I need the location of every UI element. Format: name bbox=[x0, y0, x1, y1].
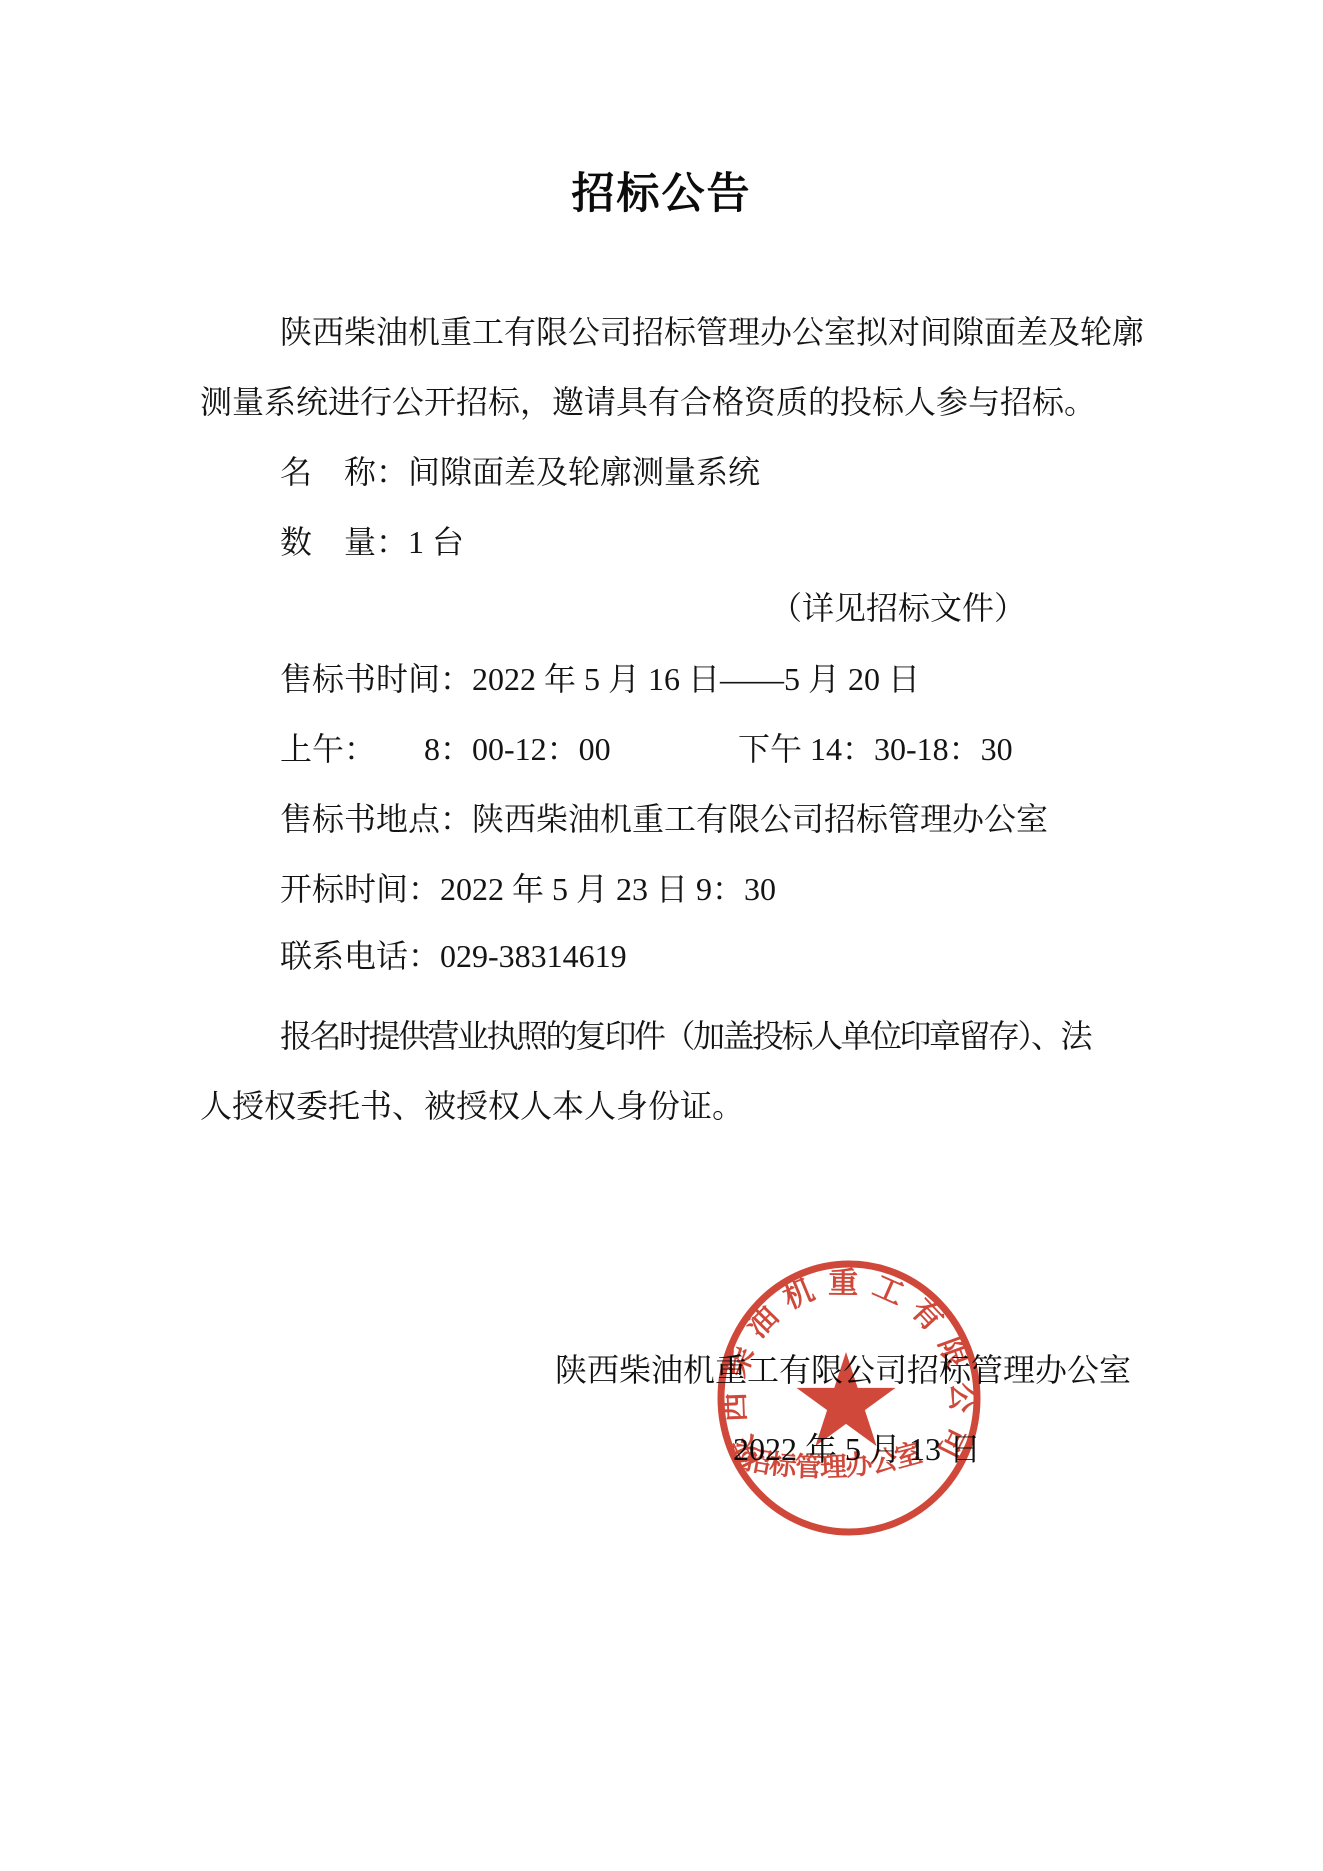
sale-place-line: 售标书地点：陕西柴油机重工有限公司招标管理办公室 bbox=[280, 799, 1048, 839]
document-page: 招标公告 陕西柴油机重工有限公司招标管理办公室拟对间隙面差及轮廓 测量系统进行公… bbox=[0, 0, 1323, 1871]
item-name-line: 名 称：间隙面差及轮廓测量系统 bbox=[280, 452, 760, 492]
note-line1: 报名时提供营业执照的复印件（加盖投标人单位印章留存）、法 bbox=[280, 1016, 1090, 1056]
hours-am-value: 8：00-12：00 bbox=[424, 729, 611, 769]
seal-star-icon bbox=[797, 1352, 896, 1446]
hours-am-label: 上午： bbox=[280, 729, 376, 769]
hours-pm-value: 下午 14：30-18：30 bbox=[738, 729, 1013, 769]
seal-bottom-label: 招标管理办公室 bbox=[742, 1437, 925, 1482]
note-line2: 人授权委托书、被授权人本人身份证。 bbox=[200, 1086, 744, 1126]
open-time-line: 开标时间：2022 年 5 月 23 日 9：30 bbox=[280, 869, 776, 909]
sale-time-line: 售标书时间：2022 年 5 月 16 日——5 月 20 日 bbox=[280, 659, 920, 699]
paragraph1-line2: 测量系统进行公开招标，邀请具有合格资质的投标人参与招标。 bbox=[200, 382, 1096, 422]
see-tender-docs-line: （详见招标文件） bbox=[770, 588, 1026, 628]
official-seal-graphic: 陕西柴油机重工有限公司 招标管理办公室 bbox=[713, 1256, 987, 1542]
page-title: 招标公告 bbox=[0, 160, 1323, 221]
official-seal: 陕西柴油机重工有限公司 招标管理办公室 bbox=[713, 1256, 987, 1542]
paragraph1-line1: 陕西柴油机重工有限公司招标管理办公室拟对间隙面差及轮廓 bbox=[280, 312, 1144, 352]
phone-line: 联系电话：029-38314619 bbox=[280, 936, 627, 976]
item-quantity-line: 数 量：1 台 bbox=[280, 522, 464, 562]
